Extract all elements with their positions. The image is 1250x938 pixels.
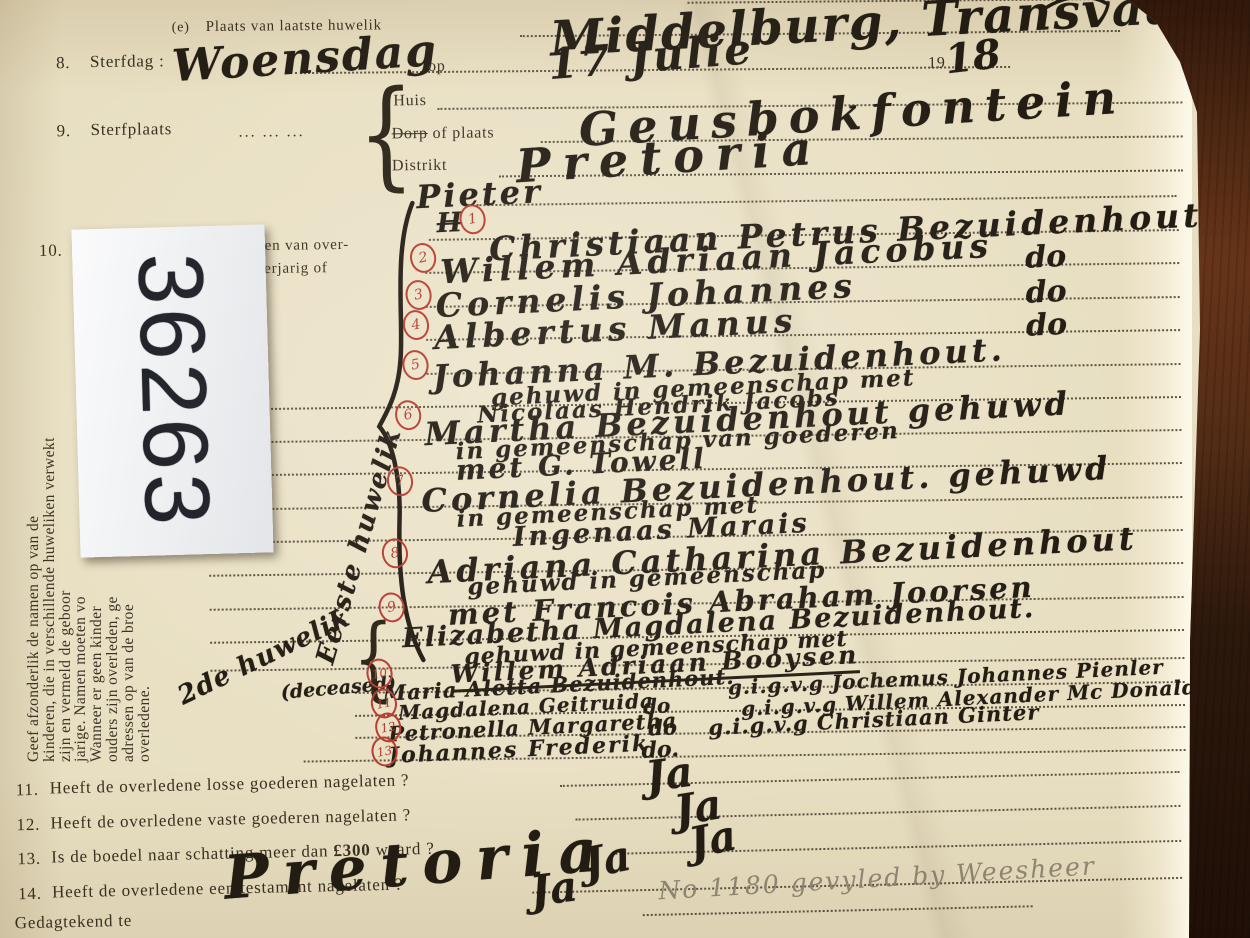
child-entry-ditto: do xyxy=(1024,239,1067,276)
q12-label: Heeft de overledene vaste goederen nagel… xyxy=(50,805,411,833)
q11-number: 11. xyxy=(16,780,39,801)
child-number-badge: 5 xyxy=(400,348,431,382)
archive-label-number: 36263 xyxy=(116,252,229,531)
margin-line: zijn en vermeld de geboor xyxy=(58,326,74,762)
photographed-death-notice-document: Geef afzonderlik de namen op van de kind… xyxy=(0,0,1250,938)
q14-number: 14. xyxy=(18,884,42,905)
dotted-line xyxy=(643,905,1033,916)
bottom-questions-section: 11. Heeft de overledene losse goederen n… xyxy=(0,742,1250,938)
child-entry-ditto: do xyxy=(1025,274,1068,311)
margin-line: Geef afzonderlik de namen op van de xyxy=(26,326,42,762)
handwriting-answer-ja: Ja xyxy=(685,810,741,867)
dated-at-label: Gedagtekend te xyxy=(15,911,133,934)
q13-number: 13. xyxy=(17,849,41,870)
child-number-badge: 4 xyxy=(400,308,431,342)
dotted-line xyxy=(576,805,1181,821)
q10-number: 10. xyxy=(39,241,63,261)
archive-label: 36263 xyxy=(71,224,273,557)
q11-label: Heeft de overledene losse goederen nagel… xyxy=(50,770,410,798)
child-number-badge: 2 xyxy=(408,241,439,275)
handwriting-scribble: H xyxy=(436,207,463,239)
q12-number: 12. xyxy=(16,815,40,836)
child-entry-ditto: do xyxy=(1025,307,1068,344)
margin-line: kinderen, die in verschillende huweliken… xyxy=(42,326,58,762)
child-number-badge: 6 xyxy=(393,398,424,432)
q10-printed-fragment-1: ren van over- xyxy=(259,237,349,255)
